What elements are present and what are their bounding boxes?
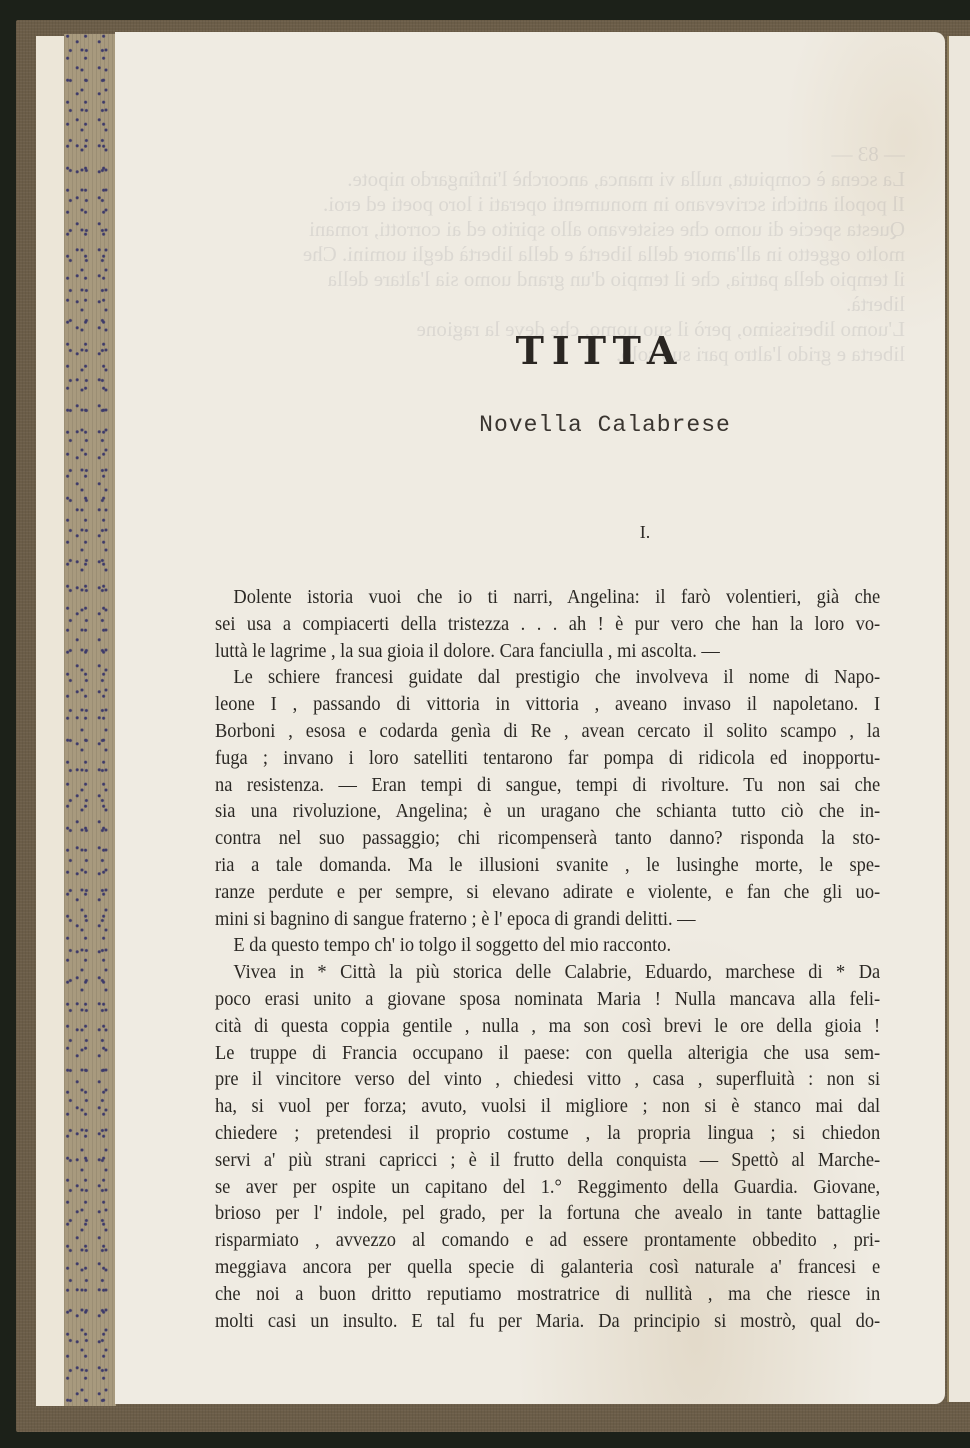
page: — 83 — La scena è compiuta, nulla vi man… [115,32,945,1404]
text-line: Le schiere francesi guidate dal prestigi… [215,664,880,691]
story-subtitle: Novella Calabrese [405,412,805,438]
text-line: che noi a buon dritto reputiamo mostratr… [215,1281,880,1308]
text-line: chiedere ; pretendesi il proprio costume… [215,1120,880,1147]
next-page-edge [947,36,970,1402]
text-line: sei usa a compiacerti della tristezza . … [215,611,880,638]
speckled-page-edges [64,34,116,1406]
text-line: servi a' più strani capricci ; è il frut… [215,1147,880,1174]
text-line: fuga ; invano i loro satelliti tentarono… [215,745,880,772]
chapter-number: I. [615,522,675,543]
text-line: ranze perdute e per sempre, si elevano a… [215,879,880,906]
text-line: Dolente istoria vuoi che io ti narri, An… [215,584,880,611]
text-line: leone I , passando di vittoria in vittor… [215,691,880,718]
body-text: Dolente istoria vuoi che io ti narri, An… [215,584,827,1334]
text-line: na resistenza. — Eran tempi di sangue, t… [215,772,880,799]
text-line: se aver per ospite un capitano del 1.° R… [215,1174,880,1201]
text-line: Le truppe di Francia occupano il paese: … [215,1040,880,1067]
text-line: sia una rivoluzione, Angelina; è un urag… [215,798,880,825]
endpaper-strip [36,36,67,1406]
text-line: meggiava ancora per quella specie di gal… [215,1254,880,1281]
story-title: TITTA [455,328,745,373]
text-line: E da questo tempo ch' io tolgo il sogget… [215,932,880,959]
text-line: cità di questa coppia gentile , nulla , … [215,1013,880,1040]
scanned-book-page: — 83 — La scena è compiuta, nulla vi man… [0,0,970,1448]
text-line: ha, si vuol per forza; avuto, vuolsi il … [215,1093,880,1120]
text-line: risparmiato , avvezzo al comando e ad es… [215,1227,880,1254]
text-line: Vivea in * Città la più storica delle Ca… [215,959,880,986]
text-line: molti casi un insulto. E tal fu per Mari… [215,1308,880,1335]
text-line: contra nel suo passaggio; chi ricompense… [215,825,880,852]
text-line: Borboni , esosa e codarda genìa di Re , … [215,718,880,745]
text-line: ria a tale domanda. Ma le illusioni svan… [215,852,880,879]
text-line: luttà le lagrime , la sua gioia il dolor… [215,638,880,665]
text-line: mini si bagnino di sangue fraterno ; è l… [215,906,880,933]
text-line: poco erasi unito a giovane sposa nominat… [215,986,880,1013]
text-line: brioso per l' indole, pel grado, per la … [215,1200,880,1227]
text-line: pre il vincitore verso del vinto , chied… [215,1066,880,1093]
